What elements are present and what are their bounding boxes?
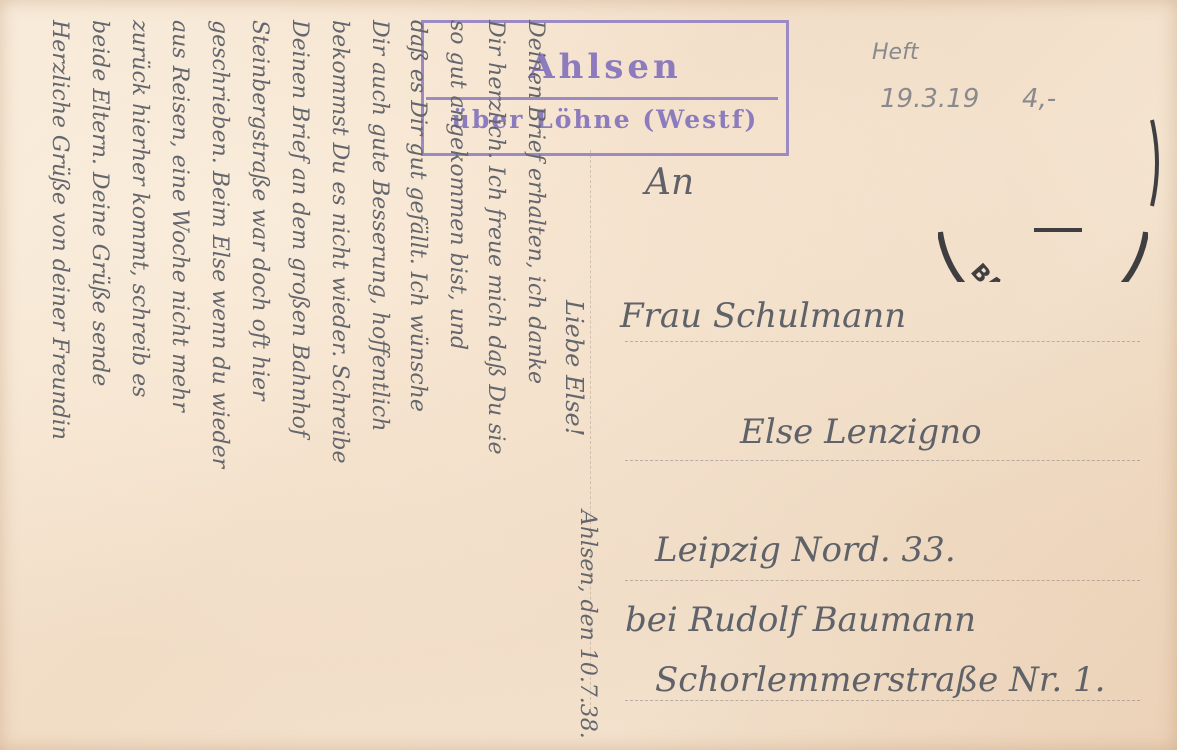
address-line-3: Leipzig Nord. 33. (655, 530, 956, 570)
address-rule (625, 460, 1140, 461)
message-line: geschrieben. Beim Else wenn du wieder (207, 20, 232, 468)
message-line: Herzliche Grüße von deiner Freundin (47, 20, 72, 440)
message-line: Steinbergstraße war doch oft hier (247, 20, 272, 401)
address-rule (625, 341, 1140, 342)
message-line: Deinen Brief an dem großen Bahnhof (287, 20, 312, 437)
address-line-5: Schorlemmerstraße Nr. 1. (655, 660, 1105, 700)
town-cachet-stamp: Ahlsen über Löhne (Westf) (421, 20, 789, 156)
postmark-outer-arc-icon (1148, 118, 1162, 208)
message-line: Deinen Brief erhalten, ich danke (523, 20, 548, 384)
message-line: Dir herzlich. Ich freue mich daß Du sie (483, 20, 508, 454)
svg-text:BAHNHOF: BAHNHOF (965, 259, 1095, 282)
message-greeting: Liebe Else! (560, 300, 588, 436)
message-line: so gut angekommen bist, und (445, 20, 470, 350)
message-line: daß es Dir gut gefällt. Ich wünsche (405, 20, 430, 412)
address-rule (625, 700, 1140, 701)
message-line: aus Reisen, eine Woche nicht mehr (167, 20, 192, 412)
postcard-back: Ahlsen über Löhne (Westf) Heft 19.3.19 4… (0, 0, 1177, 750)
message-line: beide Eltern. Deine Grüße sende (87, 20, 112, 386)
message-line: bekommst Du es nicht wieder. Schreibe (327, 20, 352, 463)
cachet-rule (426, 97, 778, 100)
address-rule (625, 580, 1140, 581)
address-salutation: An (645, 162, 694, 203)
address-line-4: bei Rudolf Baumann (625, 600, 976, 640)
address-line-2: Else Lenzigno (740, 412, 982, 452)
address-line-1: Frau Schulmann (620, 296, 906, 336)
cachet-town: Ahlsen (424, 47, 786, 87)
message-line: Dir auch gute Besserung, hoffentlich (367, 20, 392, 431)
message-date: Ahlsen, den 10.7.38. (575, 510, 600, 739)
postmark-icon: BAHNHOF (938, 110, 1148, 282)
message-line: zurück hierher kommt, schreib es (127, 20, 152, 397)
pencil-note-label: Heft (872, 40, 918, 65)
